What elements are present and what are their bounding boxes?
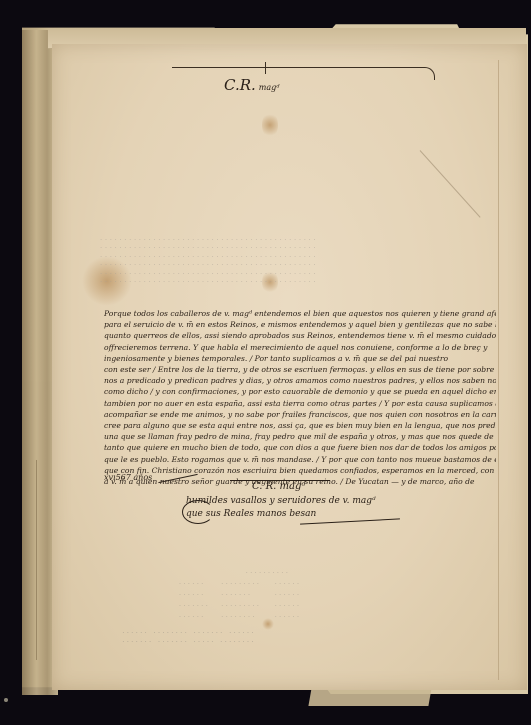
signature-line-1: humildes vasallos y seruidores de v. mag… xyxy=(186,495,376,508)
body-line: ingeniosamente y bienes temporales. / Po… xyxy=(104,353,496,364)
body-line: acompañar se ende me animos, y no sabe p… xyxy=(104,409,496,420)
body-line: nos a predicado y predican padres y dias… xyxy=(104,375,496,386)
bottom-torn-flap xyxy=(308,688,431,706)
letter-date: xvı567 años xyxy=(104,473,198,482)
body-line: que le es pueblo. Esto rogamos que v. m̃… xyxy=(104,454,496,465)
header-title-text: C.R. xyxy=(224,76,256,94)
body-line: como dicho / y con confirmaciones, y por… xyxy=(104,386,496,397)
scanner-mark xyxy=(4,698,8,702)
closing-salutation: C. R. magᵈ xyxy=(252,481,305,492)
body-line: con este ser / Entre los de la tierra, y… xyxy=(104,364,496,375)
body-line: quanto querreos de ellos, assi siendo ap… xyxy=(104,330,496,341)
header-cross-mark xyxy=(265,62,266,74)
body-line: tanto que quiere en mucho bien de todo, … xyxy=(104,442,496,453)
body-line: para el seruicio de v. m̃ en estos Reino… xyxy=(104,319,496,330)
letter-body: Porque todos los caballeros de v. magᵈ e… xyxy=(104,308,496,487)
header-title-suffix: magᵈ xyxy=(259,83,280,92)
signature-line-2: que sus Reales manos besan xyxy=(186,508,376,521)
body-line: tambien por no auer en esta españa, assi… xyxy=(104,398,496,409)
body-line: cree para alguno que se esta aqui entre … xyxy=(104,420,496,431)
signature-block: humildes vasallos y seruidores de v. mag… xyxy=(186,495,376,521)
right-margin-rule xyxy=(498,60,499,680)
body-line: offrecieremos terrena. Y que habla el me… xyxy=(104,342,496,353)
header-salutation: C.R.magᵈ xyxy=(224,76,279,94)
bleed-through-lower: . . . . . . . . . . . . . . . . . . . . … xyxy=(170,555,490,621)
body-line: Porque todos los caballeros de v. magᵈ e… xyxy=(104,308,496,319)
bleed-through-bottom: . . . . . . . . . . . . . . . . . . . . … xyxy=(100,618,430,645)
ink-stain xyxy=(262,112,278,138)
header-flourish xyxy=(172,67,435,80)
bleed-through-upper: . . . . . . . . . . . . . . . . . . . . … xyxy=(100,225,490,285)
body-line: una que se llaman fray pedro de mina, fr… xyxy=(104,431,496,442)
